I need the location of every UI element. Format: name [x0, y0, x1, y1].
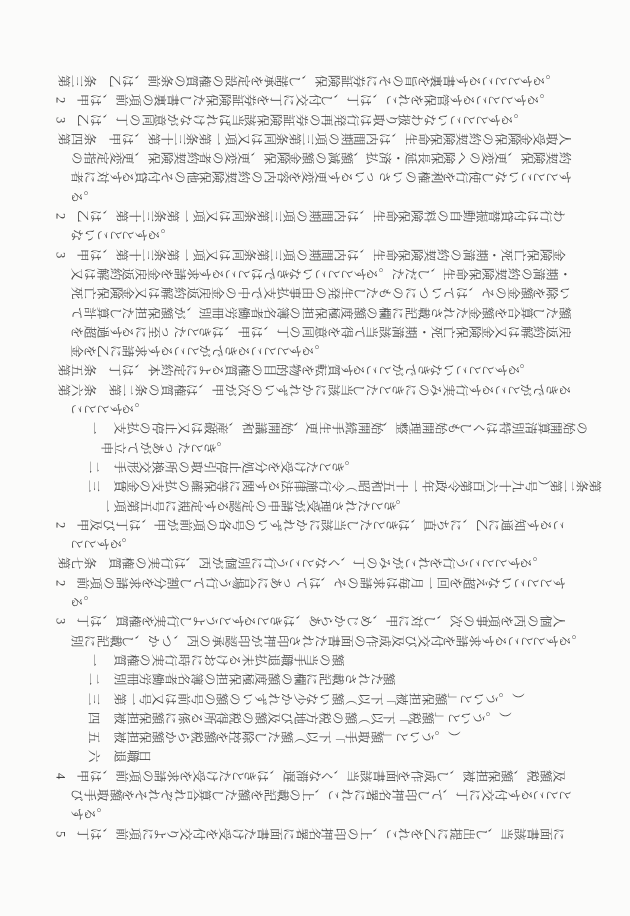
doc-line: て計算した担保額が、別冊労働者名簿の担保極度額の欄に記載された金額を合算した額: [57, 304, 582, 323]
doc-line: 4 甲は、前項の請求を受けたときは、遅滞なく、当該書面を作成し、被担保額、税額及: [57, 767, 582, 786]
doc-line: を超過するに至ったときは、甲は、丁の同意を得て当該満期・死亡保険金又は解約返戻: [57, 323, 582, 342]
document-body: 第三条 乙は、前条の質権の設定を承諾し、保険証券にその旨を裏書することとする。2…: [57, 72, 582, 844]
doc-line: 金を乙に請求することができることとする。: [57, 342, 582, 361]
doc-line: 三 賃金の支払の確保等に関する法律施行令（昭和五十一年政令第百六十九号）第二条第: [57, 477, 582, 496]
doc-line: 者に対する貸付その他保険契約の内容を変更するいっさいの権利を行使しないこととす: [57, 168, 582, 187]
doc-line: 3 甲は、第十三条第一項又は同条第三項の期間内は、生命保険契約の満期・死亡保険金: [57, 246, 582, 265]
doc-line: 四 被担保額に係る所得税の額及び地方税の額（以下「税額」という。）: [57, 709, 582, 728]
doc-line: 一項第五号に規定する認定の申請が受理されたとき。: [57, 497, 582, 516]
doc-line: 死亡保険金又は解約返戻金の中で支払事由の発生したものについては、その金額を除い: [57, 284, 582, 303]
doc-line: ないこととする。: [57, 226, 582, 245]
doc-line: 2 前項の請求を分割して行う場合にあっては、その請求は毎月一回を超えないこととす: [57, 574, 582, 593]
doc-line: の指定変更、保険契約者の変更、保険金額の減額、払済・延長保険への変更、保険契約: [57, 149, 582, 168]
doc-line: 第六条 第二条の質権は、甲が次のいずれかに該当したときにのみ実行することができる: [57, 381, 582, 400]
doc-line: ととする。: [57, 535, 582, 554]
doc-line: 第三条 乙は、前条の質権の設定を承諾し、保険証券にその旨を裏書することとする。: [57, 72, 582, 91]
doc-line: る。: [57, 188, 582, 207]
doc-line: 2 乙は、第十三条第一項又は同条第三項の期間内は、生命保険料の自動振替貸付は行わ: [57, 207, 582, 226]
doc-line: 5 丁は、前項により交付を受けた書面に署名押印の上、これを乙に提出し、当該書面に: [57, 825, 582, 844]
doc-line: 3 乙は、丁の同意がなければ当該保険証券の再発行は取り扱わないこととする。: [57, 111, 582, 130]
doc-line: 第四条 甲は、第十三条第一項又は同条第三項の期間内は、生命保険契約の保険金受取人: [57, 130, 582, 149]
doc-line: 一 質権の実行時における未払退職手当の額: [57, 651, 582, 670]
doc-line: 申立てがあったとき。: [57, 439, 582, 458]
doc-line: 第五条 丁は、本約定による質権の目的物を転質することができないこととする。: [57, 361, 582, 380]
doc-line: 三 第一号又は前号の額のいずれか少ない額（以下「被担保額」という。）: [57, 690, 582, 709]
doc-line: 一 支払の停止又は破産、和議開始、更生手続開始、整理開始もしくは特別清算開始の: [57, 419, 582, 438]
doc-line: する。: [57, 805, 582, 824]
doc-line: 又は解約返戻金を請求することはできないこととする。ただし、生命保険契約の満期・: [57, 265, 582, 284]
doc-line: 二 別冊労働者名簿の担保極度額の欄に記載された額: [57, 670, 582, 689]
doc-line: 第七条 質権の実行は、丙が個別に行うことなく、丁のみがこれを行うこととする。: [57, 554, 582, 573]
doc-line: び手取額をそれぞれ合算した額を記載の上、これに署名押印して、丁に交付することと: [57, 786, 582, 805]
doc-line: る。: [57, 593, 582, 612]
doc-line: 3 丁は、質権を実行しようとするときは、あらかじめ、甲に対し、次の事項を丙の個人: [57, 612, 582, 631]
doc-line: 二 手形交換所の取引停止処分を受けたとき。: [57, 458, 582, 477]
doc-line: 五 被担保額から税額を控除した額（以下「手取額」という。）: [57, 728, 582, 747]
document-page: 第三条 乙は、前条の質権の設定を承諾し、保険証券にその旨を裏書することとする。2…: [0, 0, 630, 916]
doc-line: 六 退職日: [57, 747, 582, 766]
doc-line: 2 甲及び丁は、甲が前項の各号のいずれかに該当したときは、直ちに、乙に通知するこ: [57, 516, 582, 535]
doc-line: こととする。: [57, 400, 582, 419]
doc-line: 別に記載し、かつ、丙の承認印が押印された書面の作成及び交付を請求することとする。: [57, 632, 582, 651]
doc-line: 2 甲は、前項の裏書した保険証券を丁に交付し、丁は、これを保管することとする。: [57, 91, 582, 110]
